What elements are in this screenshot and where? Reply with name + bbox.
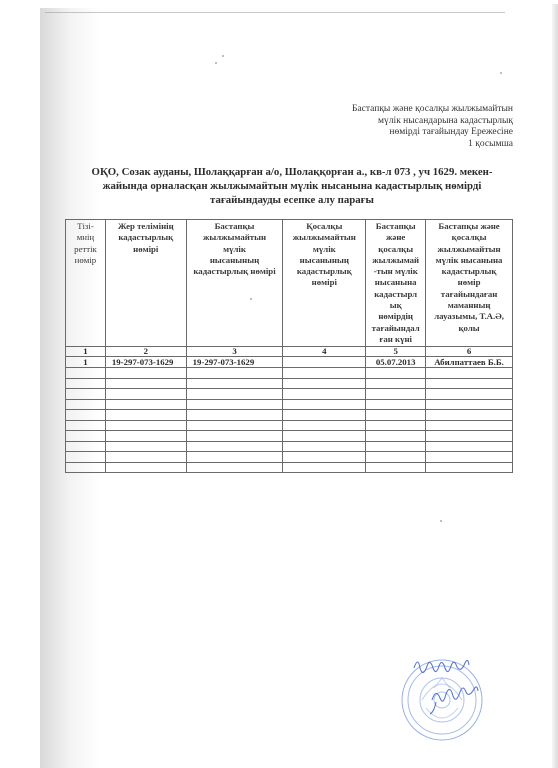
column-header-line: кадастырл [368,289,423,300]
column-header-line: маманның [428,300,510,311]
column-header-line: мүлік [285,244,363,255]
table-cell [66,389,106,400]
column-header-line: -тын мүлік [368,266,423,277]
table-cell [283,399,366,410]
table-cell [66,420,106,431]
table-cell [66,410,106,421]
column-header: Тізі-мніңреттікнөмір [66,220,106,347]
official-stamp [392,638,502,748]
column-header-line: қолы [428,323,510,334]
empty-table-row [66,389,513,400]
empty-table-row [66,462,513,473]
column-header-line: тағайындаған [428,289,510,300]
table-cell [366,420,426,431]
table-cell [105,389,186,400]
table-cell [366,431,426,442]
table-cell [366,452,426,463]
table-cell [105,462,186,473]
table-cell [426,462,513,473]
table-cell [186,452,283,463]
column-number: 1 [66,347,106,357]
table-row: 119-297-073-162919-297-073-162905.07.201… [66,357,513,368]
table-cell [66,378,106,389]
column-header-line: жылжымайтын [285,232,363,243]
table-cell [283,441,366,452]
title-line: жайында орналасқан жылжымайтын мүлік ныс… [66,179,518,193]
table-cell [105,378,186,389]
column-header-line: қосалқы [428,232,510,243]
table-cell [426,452,513,463]
column-header-line: қосалқы [368,244,423,255]
table-cell [366,399,426,410]
column-header-line: кадастырлық нөмірі [189,266,281,277]
table-cell [105,441,186,452]
column-header-line: кадастырлық [108,232,184,243]
table-cell [105,410,186,421]
column-number: 6 [426,347,513,357]
column-header-line: нөмірдің [368,311,423,322]
column-number: 2 [105,347,186,357]
table-cell: Абилпаттаев Б.Б. [426,357,513,368]
table-cell [105,431,186,442]
column-header: Жер телімініңкадастырлықнөмірі [105,220,186,347]
table-cell [283,462,366,473]
column-header-line: лауазымы, Т.А.Ә, [428,311,510,322]
column-header-line: ған күні [368,334,423,345]
column-header-line: нысанының [189,255,281,266]
annex-line: мүлік нысандарына кадастырлық [283,116,513,128]
table-cell [426,389,513,400]
table-cell [66,452,106,463]
column-header: Қосалқыжылжымайтынмүлікнысаныныңкадастыр… [283,220,366,347]
table-cell: 19-297-073-1629 [105,357,186,368]
empty-table-row [66,420,513,431]
column-header-line: жылжымайтын [189,232,281,243]
column-number-row: 123456 [66,347,513,357]
table-cell [186,399,283,410]
column-header-line: Бастапқы [368,221,423,232]
table-cell [186,368,283,379]
table-cell [366,441,426,452]
table-cell [283,420,366,431]
scan-page-edge-right [552,4,558,768]
empty-table-row [66,410,513,421]
column-number: 5 [366,347,426,357]
annex-line: 1 қосымша [283,139,513,151]
table-cell [283,431,366,442]
title-line: тағайындауды есепке алу парағы [66,193,518,207]
registration-table: Тізі-мніңреттікнөмірЖер телімініңкадасты… [65,219,513,473]
table-cell [366,389,426,400]
table-header-row: Тізі-мніңреттікнөмірЖер телімініңкадасты… [66,220,513,347]
table-cell [186,462,283,473]
table-cell [105,399,186,410]
table-cell [426,410,513,421]
table-cell [426,399,513,410]
column-header-line: Бастапқы және [428,221,510,232]
table-cell [283,357,366,368]
title-line: ОҚО, Созак ауданы, Шолаққарған а/о, Шола… [66,165,518,179]
table-cell [186,378,283,389]
column-header: Бастапқыжылжымайтынмүлікнысаныныңкадасты… [186,220,283,347]
table-cell [283,368,366,379]
empty-table-row [66,399,513,410]
column-header-line: мнің [68,232,103,243]
column-number: 4 [283,347,366,357]
table-cell: 1 [66,357,106,368]
table-cell [66,368,106,379]
scan-page-edge [45,12,505,13]
annex-line: нөмірді тағайындау Ережесіне [283,127,513,139]
stamp-seal-icon [402,660,482,740]
table-cell [283,452,366,463]
column-header-line: мүлік нысанына [428,255,510,266]
table-cell [366,410,426,421]
table-cell [283,410,366,421]
column-header-line: жылжымай [368,255,423,266]
column-header-line: нөмір [428,277,510,288]
table-cell [426,441,513,452]
column-number: 3 [186,347,283,357]
table-cell [366,462,426,473]
column-header-line: нысанының [285,255,363,266]
column-header-line: Тізі- [68,221,103,232]
table-cell [186,410,283,421]
table-cell [366,378,426,389]
table-cell [186,441,283,452]
table-cell: 05.07.2013 [366,357,426,368]
table-cell [426,378,513,389]
column-header-line: реттік [68,244,103,255]
annex-note: Бастапқы және қосалқы жылжымайтын мүлік … [283,104,513,150]
empty-table-row [66,368,513,379]
column-header: Бастапқыжәнеқосалқыжылжымай-тын мүлікныс… [366,220,426,347]
table-cell [426,431,513,442]
column-header-line: нөмірі [108,244,184,255]
column-header-line: мүлік [189,244,281,255]
table-cell [66,441,106,452]
table-cell [186,431,283,442]
empty-table-row [66,441,513,452]
column-header-line: нөмірі [285,277,363,288]
column-header-line: нөмір [68,255,103,266]
empty-table-row [66,452,513,463]
column-header: Бастапқы жәнеқосалқыжылжымайтынмүлік ныс… [426,220,513,347]
table-cell [426,368,513,379]
table-cell [283,389,366,400]
table-cell [66,462,106,473]
table-cell [366,368,426,379]
table-cell [66,431,106,442]
table-cell [105,420,186,431]
annex-line: Бастапқы және қосалқы жылжымайтын [283,104,513,116]
empty-table-row [66,431,513,442]
column-header-line: кадастырлық [285,266,363,277]
table-cell [186,420,283,431]
column-header-line: Қосалқы [285,221,363,232]
column-header-line: жылжымайтын [428,244,510,255]
column-header-line: кадастырлық [428,266,510,277]
column-header-line: Бастапқы [189,221,281,232]
empty-table-row [66,378,513,389]
table-cell [105,452,186,463]
table-cell [186,389,283,400]
column-header-line: және [368,232,423,243]
column-header-line: тағайындал [368,323,423,334]
column-header-line: ық [368,300,423,311]
table-cell [66,399,106,410]
column-header-line: нысанына [368,277,423,288]
table-cell: 19-297-073-1629 [186,357,283,368]
table-cell [105,368,186,379]
document-title: ОҚО, Созак ауданы, Шолаққарған а/о, Шола… [66,165,518,207]
column-header-line: Жер телімінің [108,221,184,232]
table-cell [283,378,366,389]
table-cell [426,420,513,431]
